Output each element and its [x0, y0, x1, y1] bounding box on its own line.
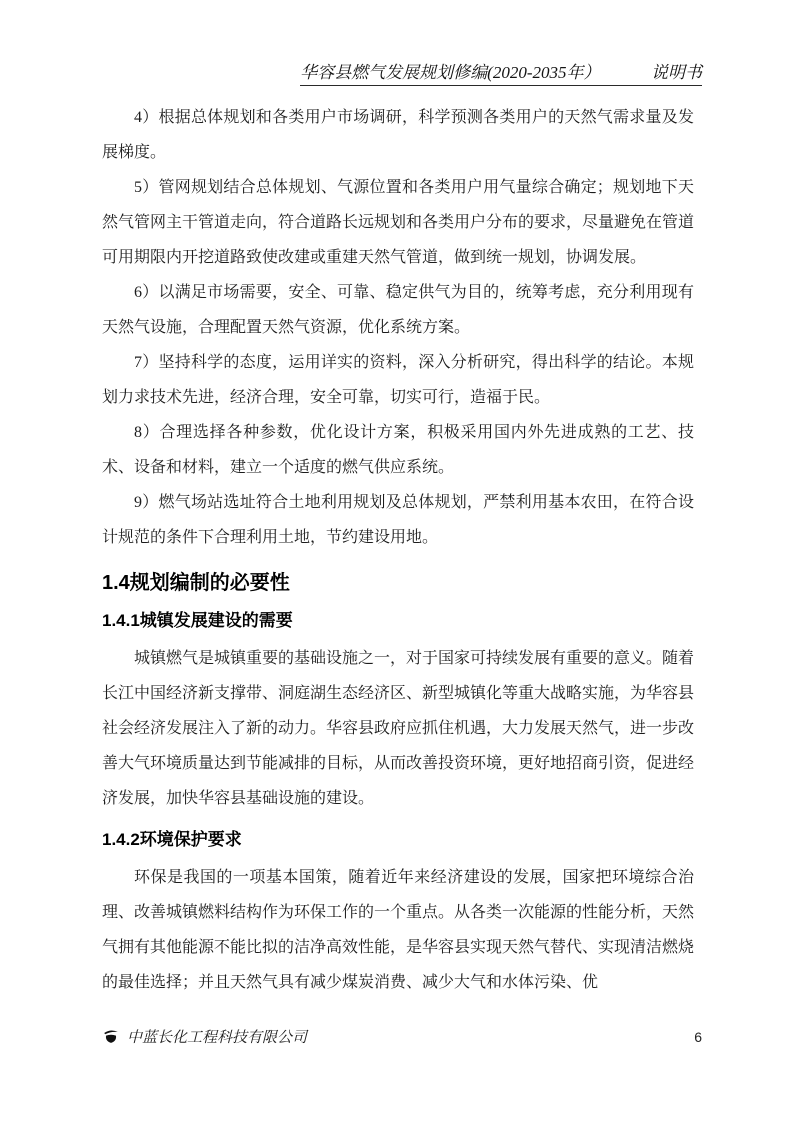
subsection-heading: 1.4.1城镇发展建设的需要 — [102, 609, 694, 633]
body-paragraph: 6）以满足市场需要，安全、可靠、稳定供气为目的，统筹考虑，充分利用现有天然气设施… — [102, 275, 694, 345]
footer-company: 中蓝长化工程科技有限公司 — [127, 1026, 307, 1047]
page-header: 华容县燃气发展规划修编(2020-2035年） 说明书 — [102, 58, 702, 86]
document-page: 华容县燃气发展规划修编(2020-2035年） 说明书 4）根据总体规划和各类用… — [0, 0, 794, 1122]
document-body: 4）根据总体规划和各类用户市场调研，科学预测各类用户的天然气需求量及发展梯度。5… — [102, 100, 694, 1000]
header-doc-type: 说明书 — [651, 63, 702, 82]
body-paragraph: 4）根据总体规划和各类用户市场调研，科学预测各类用户的天然气需求量及发展梯度。 — [102, 100, 694, 170]
page-footer: 中蓝长化工程科技有限公司 6 — [102, 1026, 702, 1047]
footer-company-block: 中蓝长化工程科技有限公司 — [102, 1026, 694, 1047]
body-paragraph: 9）燃气场站选址符合土地利用规划及总体规划，严禁利用基本农田，在符合设计规范的条… — [102, 485, 694, 555]
body-paragraph: 8）合理选择各种参数，优化设计方案，积极采用国内外先进成熟的工艺、技术、设备和材… — [102, 415, 694, 485]
body-paragraph: 城镇燃气是城镇重要的基础设施之一，对于国家可持续发展有重要的意义。随着长江中国经… — [102, 641, 694, 816]
header-title: 华容县燃气发展规划修编(2020-2035年） — [300, 63, 600, 82]
subsection-heading: 1.4.2环境保护要求 — [102, 828, 694, 852]
section-heading: 1.4规划编制的必要性 — [102, 570, 694, 597]
body-paragraph: 5）管网规划结合总体规划、气源位置和各类用户用气量综合确定；规划地下天然气管网主… — [102, 170, 694, 275]
body-paragraph: 环保是我国的一项基本国策，随着近年来经济建设的发展，国家把环境综合治理、改善城镇… — [102, 860, 694, 1000]
page-number: 6 — [694, 1029, 702, 1045]
company-logo-icon — [102, 1028, 120, 1046]
body-paragraph: 7）坚持科学的态度，运用详实的资料，深入分析研究，得出科学的结论。本规划力求技术… — [102, 345, 694, 415]
header-underline: 华容县燃气发展规划修编(2020-2035年） 说明书 — [300, 58, 702, 86]
